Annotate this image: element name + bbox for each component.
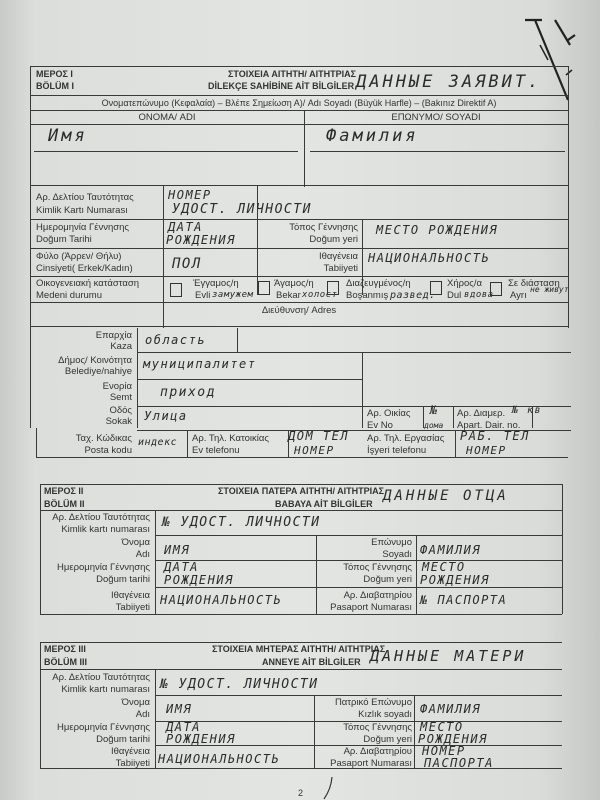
street-label-tr: Sokak: [34, 416, 132, 427]
marital-separated-checkbox[interactable]: [490, 282, 502, 296]
mother-name-label-tr: Adı: [42, 709, 150, 720]
father-pob-label-gr: Τόπος Γέννησης: [318, 562, 412, 573]
marital-married-checkbox[interactable]: [170, 283, 182, 297]
pob-label-gr: Τόπος Γέννησης: [258, 222, 358, 233]
marital-widowed-tr: Dul: [447, 290, 461, 301]
section-1-title-handwritten: ДАННЫЕ ЗАЯВИТ.: [356, 76, 541, 89]
house-no-label-gr: Αρ. Οικίας: [367, 408, 410, 419]
mother-id-label-gr: Αρ. Δελτίου Ταυτότητας: [42, 672, 150, 683]
section-2-title-handwritten: ДАННЫЕ ОТЦА: [383, 490, 509, 503]
section-1-part-gr: ΜΕΡΟΣ I: [36, 69, 73, 80]
section-1-part-tr: BÖLÜM I: [36, 81, 74, 92]
municipality-label-gr: Δήμος/ Κοινότητα: [34, 355, 132, 366]
marital-divorced-note: развед.: [390, 289, 436, 302]
surname-header: ΕΠΩΝΥΜΟ/ SOYADI: [304, 112, 568, 123]
dob-label-gr: Ημερομηνία Γέννησης: [36, 222, 129, 233]
marital-widowed-gr: Χήρος/α: [447, 278, 482, 289]
marital-widowed-checkbox[interactable]: [430, 281, 442, 295]
section-3-title-gr: ΣΤΟΙΧΕΙΑ ΜΗΤΕΡΑΣ ΑΙΤΗΤΗ/ ΑΙΤΗΤΡΙΑΣ: [212, 644, 385, 655]
section-1-title-tr: DİLEKÇE SAHİBİNE AİT BİLGİLER: [208, 81, 354, 92]
father-nationality-label-gr: Ιθαγένεια: [42, 590, 150, 601]
parish-label-tr: Semt: [34, 392, 132, 403]
marital-label-tr: Medeni durumu: [36, 290, 102, 301]
section-3-title-handwritten: ДАННЫЕ МАТЕРИ: [370, 650, 526, 663]
mother-maiden-label-tr: Kızlık soyadı: [316, 709, 412, 720]
scanned-form-page: ΜΕΡΟΣ I BÖLÜM I ΣΤΟΙΧΕΙΑ ΑΙΤΗΤΗ/ ΑΙΤΗΤΡΙ…: [0, 0, 600, 800]
father-dob-value-line2: РОЖДЕНИЯ: [164, 574, 234, 587]
mother-pob-label-gr: Τόπος Γέννησης: [316, 722, 412, 733]
dob-value-line2: РОЖДЕНИЯ: [166, 234, 236, 247]
marital-single-tr: Bekar: [276, 290, 301, 301]
section-2-title-gr: ΣΤΟΙΧΕΙΑ ΠΑΤΕΡΑ ΑΙΤΗΤΗ/ ΑΙΤΗΤΡΙΑΣ: [218, 486, 384, 497]
father-name-label-gr: Όνομα: [42, 537, 150, 548]
work-phone-label-gr: Αρ. Τηλ. Εργασίας: [367, 433, 444, 444]
pen-mark-icon: [322, 775, 334, 800]
father-name-label-tr: Adı: [42, 549, 150, 560]
father-passport-label-tr: Pasaport Numarası: [318, 602, 412, 613]
postcode-label-gr: Ταχ. Κώδικας: [34, 433, 132, 444]
dob-label-tr: Doğum Tarihi: [36, 234, 92, 245]
home-phone-value-line2: НОМЕР: [294, 444, 335, 457]
section-2-title-tr: BABAYA AİT BİLGİLER: [275, 499, 373, 510]
work-phone-value-line2: НОМЕР: [466, 444, 507, 457]
surname-value: Фамилия: [326, 130, 419, 143]
marital-divorced-tr: Boşanmış: [346, 290, 388, 301]
father-name-value: ИМЯ: [164, 544, 190, 557]
street-value: Улица: [144, 410, 188, 423]
sex-label-tr: Cinsiyeti( Erkek/Kadın): [36, 263, 133, 274]
name-header: ΟΝΟΜΑ/ ADI: [30, 112, 304, 123]
page-number: 2: [298, 788, 303, 798]
pob-label-tr: Doğum yeri: [258, 234, 358, 245]
mother-maiden-label-gr: Πατρικό Επώνυμο: [316, 697, 412, 708]
marital-divorced-gr: Διαζευγμένος/η: [346, 278, 411, 289]
mother-dob-label-gr: Ημερομηνία Γέννησης: [42, 722, 150, 733]
municipality-value: муниципалитет: [143, 358, 256, 371]
father-id-label-gr: Αρ. Δελτίου Ταυτότητας: [42, 512, 150, 523]
marital-separated-note: не живут: [530, 283, 569, 296]
parish-value: приход: [160, 386, 216, 399]
id-value-line2: УДОСТ. ЛИЧНОСТИ: [172, 203, 312, 216]
section-3-part-tr: BÖLÜM III: [44, 657, 87, 668]
home-phone-label-tr: Ev telefonu: [192, 445, 240, 456]
nationality-label-tr: Tabiiyeti: [258, 263, 358, 274]
father-surname-label-gr: Επώνυμο: [318, 537, 412, 548]
father-surname-label-tr: Soyadı: [318, 549, 412, 560]
house-no-value-line1: №: [430, 404, 439, 417]
marital-single-checkbox[interactable]: [258, 281, 270, 295]
work-phone-value-line1: РАБ. ТЕЛ: [460, 430, 530, 443]
father-pob-value-line2: РОЖДЕНИЯ: [420, 574, 490, 587]
mother-id-value: № УДОСТ. ЛИЧНОСТИ: [160, 678, 319, 691]
father-surname-value: ФАМИЛИЯ: [420, 544, 481, 557]
parish-label-gr: Ενορία: [34, 381, 132, 392]
father-passport-label-gr: Αρ. Διαβατηρίου: [318, 590, 412, 601]
section-2-part-tr: BÖLÜM II: [44, 499, 85, 510]
section-1-title-gr: ΣΤΟΙΧΕΙΑ ΑΙΤΗΤΗ/ ΑΙΤΗΤΡΙΑΣ: [228, 69, 356, 80]
mother-passport-label-gr: Αρ. Διαβατηρίου: [316, 746, 412, 757]
pob-value: МЕСТО РОЖДЕНИЯ: [376, 224, 498, 237]
nationality-value: НАЦИОНАЛЬНОСТЬ: [368, 252, 490, 265]
sex-label-gr: Φύλο (Άρρεν/ Θήλυ): [36, 251, 121, 262]
mother-dob-label-tr: Doğum tarihi: [42, 734, 150, 745]
marital-label-gr: Οικογενειακή κατάσταση: [36, 278, 139, 289]
home-phone-value-line1: ДОМ ТЕЛ: [288, 430, 349, 443]
father-nationality-value: НАЦИОНАЛЬНОСТЬ: [160, 594, 282, 607]
district-label-gr: Επαρχία: [34, 330, 132, 341]
apt-no-label-gr: Αρ. Διαμερ.: [457, 408, 505, 419]
postcode-label-tr: Posta kodu: [34, 445, 132, 456]
district-value: область: [145, 334, 206, 347]
marital-divorced-checkbox[interactable]: [327, 281, 339, 295]
nationality-label-gr: Ιθαγένεια: [258, 251, 358, 262]
apt-no-value: № кв: [512, 404, 542, 417]
street-label-gr: Οδός: [34, 405, 132, 416]
father-pob-label-tr: Doğum yeri: [318, 574, 412, 585]
id-label-gr: Αρ. Δελτίου Ταυτότητας: [36, 192, 134, 203]
father-nationality-label-tr: Tabiiyeti: [42, 602, 150, 613]
district-label-tr: Kaza: [34, 341, 132, 352]
municipality-label-tr: Belediye/nahiye: [34, 366, 132, 377]
father-dob-label-tr: Doğum tarihi: [42, 574, 150, 585]
id-label-tr: Kimlik Kartı Numarası: [36, 205, 128, 216]
father-passport-value: № ПАСПОРТА: [420, 594, 507, 607]
mother-maiden-value: ФАМИЛИЯ: [420, 703, 481, 716]
home-phone-label-gr: Αρ. Τηλ. Κατοικίας: [192, 433, 269, 444]
father-dob-label-gr: Ημερομηνία Γέννησης: [42, 562, 150, 573]
id-value-line1: НОМЕР: [168, 189, 212, 202]
marital-married-tr: Evli: [195, 290, 210, 301]
mother-pob-label-tr: Doğum yeri: [316, 734, 412, 745]
marital-married-gr: Έγγαμος/η: [193, 278, 239, 289]
name-instruction: Ονοματεπώνυμο (Κεφαλαία) – Βλέπε Σημείωσ…: [30, 98, 568, 109]
father-id-value: № УДОСТ. ЛИЧНОСТИ: [162, 516, 321, 529]
work-phone-label-tr: İşyeri telefonu: [367, 445, 426, 456]
postcode-value: индекс: [138, 436, 177, 449]
address-header: Διεύθυνση/ Adres: [30, 305, 568, 316]
section-3-title-tr: ANNEYE AİT BİLGİLER: [262, 657, 361, 668]
marital-single-gr: Άγαμος/η: [274, 278, 314, 289]
mother-name-label-gr: Όνομα: [42, 697, 150, 708]
mother-nationality-label-gr: Ιθαγένεια: [42, 746, 150, 757]
section-2-part-gr: ΜΕΡΟΣ II: [44, 486, 83, 497]
sex-value: ПОЛ: [172, 258, 202, 271]
section-3-part-gr: ΜΕΡΟΣ III: [44, 644, 86, 655]
marital-separated-tr: Ayrı: [510, 290, 527, 301]
mother-nationality-value: НАЦИОНАЛЬНОСТЬ: [158, 753, 280, 766]
mother-name-value: ИМЯ: [166, 703, 192, 716]
father-id-label-tr: Kimlik kartı numarası: [42, 524, 150, 535]
mother-id-label-tr: Kimlik kartı numarası: [42, 684, 150, 695]
name-value: Имя: [48, 130, 88, 143]
marital-married-note: замужем: [212, 289, 253, 302]
